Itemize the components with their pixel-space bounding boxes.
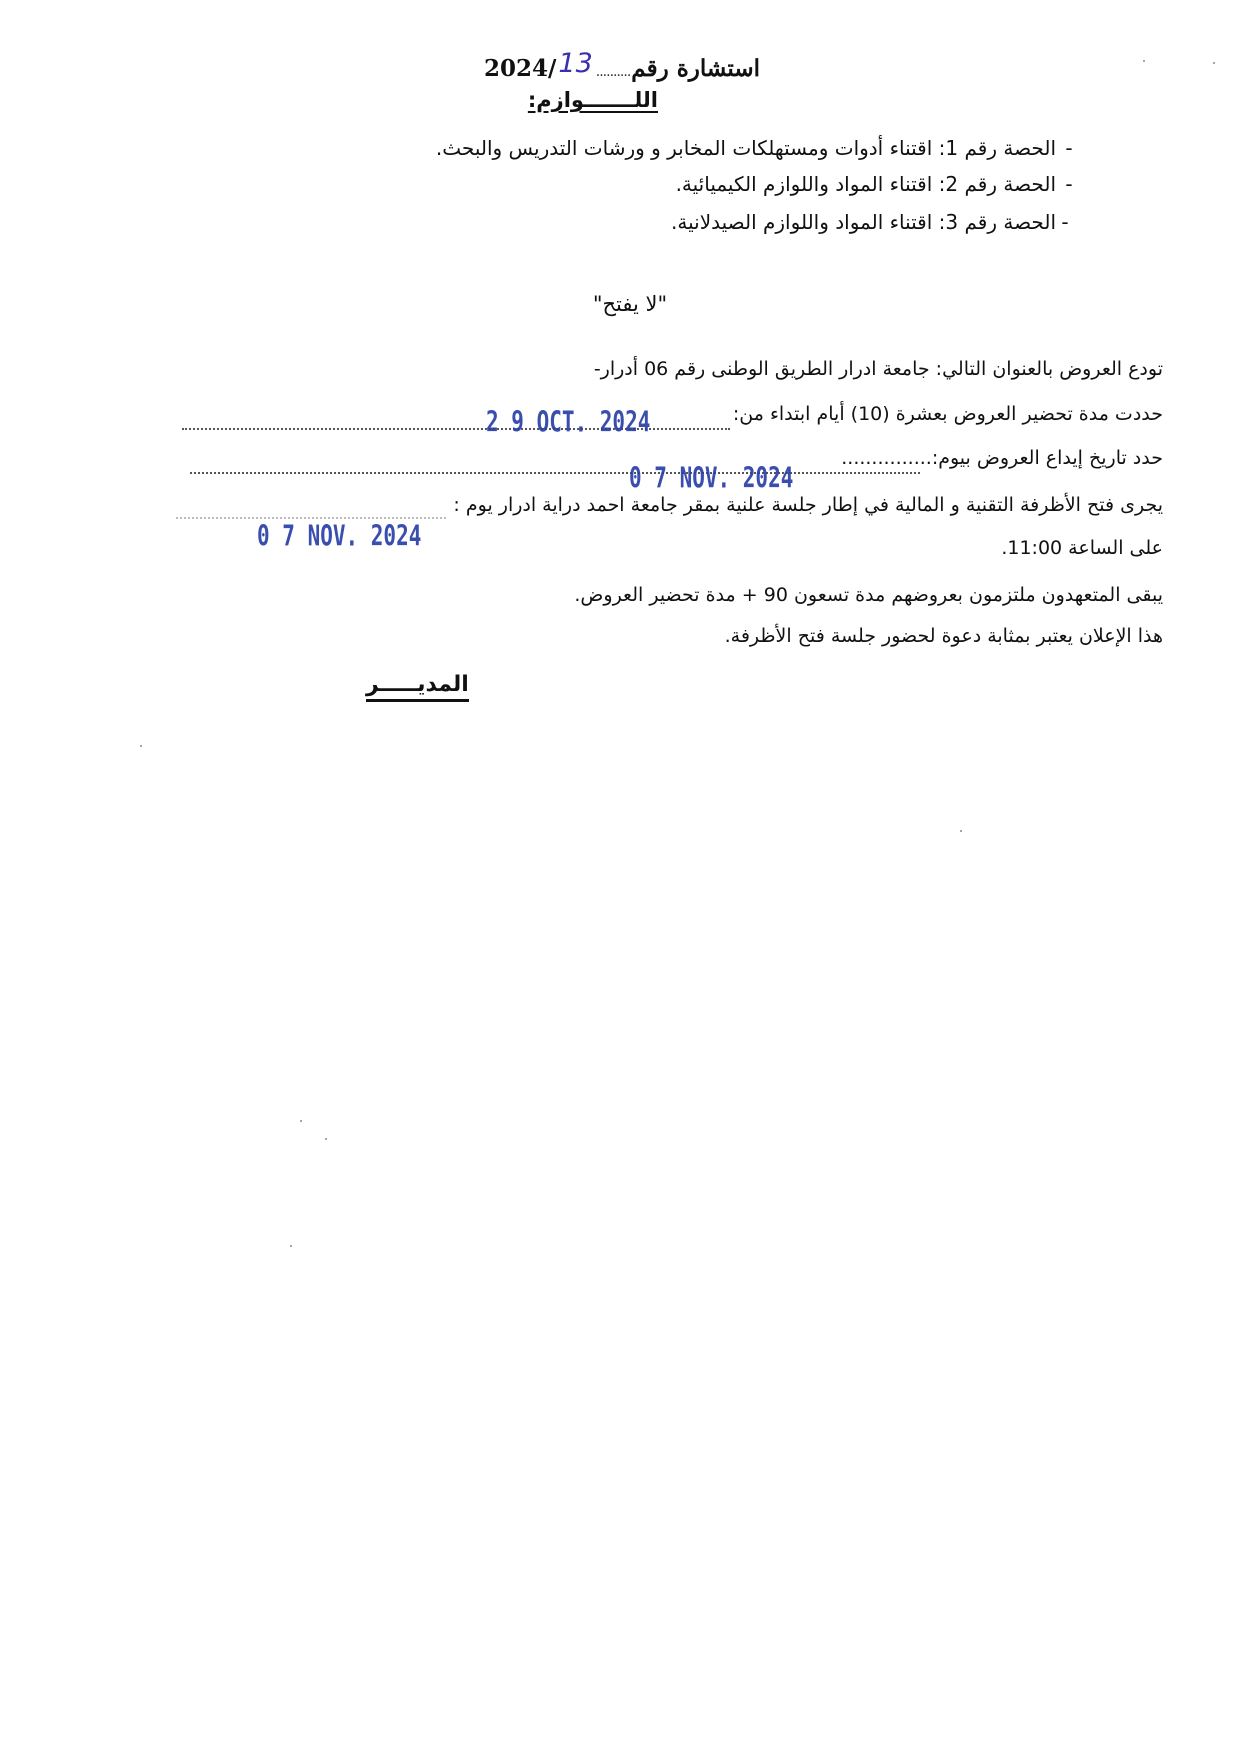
consultation-year: 2024/ — [484, 55, 556, 82]
scan-speck — [1143, 60, 1145, 62]
stamp-preparation-start: 2 9 OCT. 2024 — [486, 406, 650, 438]
lot-item-1: - الحصة رقم 1: اقتناء أدوات ومستهلكات ال… — [436, 136, 1082, 160]
stamp-opening-date: 0 7 NOV. 2024 — [257, 520, 421, 552]
do-not-open-notice: "لا يفتح" — [560, 292, 700, 316]
address-line: تودع العروض بالعنوان التالي: جامعة ادرار… — [594, 358, 1163, 380]
list-dash: - — [1056, 136, 1082, 160]
list-dash: - — [1056, 210, 1074, 234]
consultation-title: استشارة رقم .......... 13 2024/ — [480, 52, 760, 84]
scan-speck — [290, 1245, 292, 1247]
deposit-date-field — [190, 472, 920, 474]
validity-line: يبقى المتعهدون ملتزمون بعروضهم مدة تسعون… — [574, 584, 1163, 606]
director-signature-title: المديـــــر — [366, 672, 469, 702]
lot-item-3: - الحصة رقم 3: اقتناء المواد واللوازم ال… — [671, 210, 1074, 234]
invitation-line: هذا الإعلان يعتبر بمثابة دعوة لحضور جلسة… — [725, 625, 1163, 647]
scan-speck — [1213, 62, 1215, 64]
scan-speck — [140, 745, 142, 747]
document-page: استشارة رقم .......... 13 2024/ اللـــــ… — [0, 0, 1240, 1754]
lot-label: الحصة رقم 3: اقتناء المواد واللوازم الصي… — [671, 210, 1056, 234]
preparation-period-line: حددت مدة تحضير العروض بعشرة (10) أيام اب… — [733, 403, 1163, 425]
stamp-deposit-date: 0 7 NOV. 2024 — [629, 462, 793, 494]
list-dash: - — [1056, 172, 1082, 196]
handwritten-consultation-number: 13 — [558, 48, 592, 79]
lot-item-2: - الحصة رقم 2: اقتناء المواد واللوازم ال… — [676, 172, 1082, 196]
title-dots: .......... — [595, 64, 632, 80]
supplies-heading: اللـــــــوازم: — [528, 88, 658, 112]
deposit-date-line: حدد تاريخ إيداع العروض بيوم:............… — [841, 447, 1163, 469]
lot-label: الحصة رقم 2: اقتناء المواد واللوازم الكي… — [676, 172, 1056, 196]
opening-session-line: يجرى فتح الأظرفة التقنية و المالية في إط… — [453, 494, 1163, 516]
scan-speck — [960, 830, 962, 832]
lot-label: الحصة رقم 1: اقتناء أدوات ومستهلكات المخ… — [436, 136, 1056, 160]
opening-date-field — [176, 517, 446, 519]
scan-speck — [300, 1120, 302, 1122]
opening-time-line: على الساعة 11:00. — [1001, 537, 1163, 559]
scan-speck — [325, 1138, 327, 1140]
consultation-label: استشارة رقم — [631, 55, 760, 82]
